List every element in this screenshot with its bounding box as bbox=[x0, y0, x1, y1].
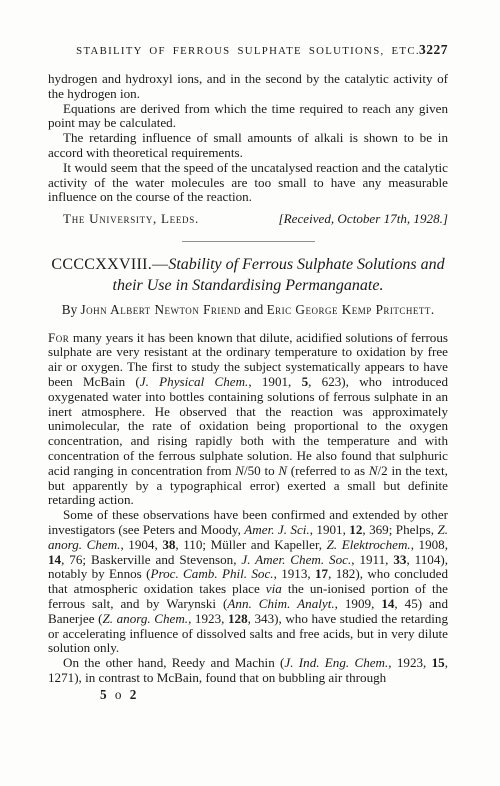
text-run: N bbox=[278, 463, 287, 478]
paragraph: Some of these observations have been con… bbox=[48, 508, 448, 656]
article: CCCCXXVIII.—Stability of Ferrous Sulphat… bbox=[48, 255, 448, 686]
byline: By John Albert Newton Friend and Eric Ge… bbox=[48, 302, 448, 319]
text-run: 17 bbox=[315, 566, 328, 581]
affiliation: The University, Leeds. bbox=[63, 211, 199, 226]
text-run: , 1909, bbox=[335, 596, 382, 611]
text-run: 33 bbox=[393, 552, 406, 567]
printers-signature: 5 o 2 bbox=[100, 687, 448, 702]
paragraph: It would seem that the speed of the unca… bbox=[48, 161, 448, 205]
text-run: N bbox=[369, 463, 378, 478]
paragraph: For many years it has been known that di… bbox=[48, 331, 448, 509]
text-run: 38 bbox=[162, 537, 175, 552]
article-title: CCCCXXVIII.—Stability of Ferrous Sulphat… bbox=[50, 255, 446, 296]
text-run: , 1908, bbox=[411, 537, 448, 552]
paragraph: On the other hand, Reedy and Machin (J. … bbox=[48, 656, 448, 686]
text-run: 2 bbox=[130, 687, 138, 702]
text-run: Amer. J. Sci. bbox=[244, 522, 309, 537]
signature-line: The University, Leeds. [Received, Octobe… bbox=[48, 211, 448, 226]
text-run: /50 to bbox=[244, 463, 278, 478]
text-run: , 110; Müller and Kapeller, bbox=[175, 537, 326, 552]
text-run: J. Physical Chem. bbox=[140, 374, 249, 389]
paragraph: The retarding influence of small amounts… bbox=[48, 131, 448, 161]
text-run: via bbox=[266, 581, 282, 596]
journal-page: STABILITY OF FERROUS SULPHATE SOLUTIONS,… bbox=[0, 0, 500, 786]
text-run: 128 bbox=[228, 611, 248, 626]
text-run: 5 bbox=[100, 687, 108, 702]
text-run: Z. Elektrochem. bbox=[327, 537, 411, 552]
text-run: Eric George Kemp Pritchett bbox=[267, 302, 431, 317]
text-run: 15 bbox=[432, 655, 445, 670]
text-run: , 1904, bbox=[120, 537, 162, 552]
text-run: For bbox=[48, 330, 69, 345]
text-run: 12 bbox=[349, 522, 362, 537]
text-run: , 1923, bbox=[188, 611, 228, 626]
text-run: 14 bbox=[48, 552, 61, 567]
text-run: , 1911, bbox=[351, 552, 393, 567]
text-run: Ann. Chim. Analyt. bbox=[227, 596, 334, 611]
text-run: 14 bbox=[381, 596, 394, 611]
page-header: STABILITY OF FERROUS SULPHATE SOLUTIONS,… bbox=[48, 45, 448, 58]
text-run: By bbox=[62, 302, 81, 317]
text-run: o bbox=[108, 687, 130, 702]
text-run: hydrogen and hydroxyl ions, and in the s… bbox=[48, 71, 448, 101]
previous-article-end: hydrogen and hydroxyl ions, and in the s… bbox=[48, 72, 448, 226]
received-date: [Received, October 17th, 1928.] bbox=[279, 211, 448, 226]
text-run: , 1901, bbox=[248, 374, 301, 389]
running-title: STABILITY OF FERROUS SULPHATE SOLUTIONS,… bbox=[76, 45, 420, 57]
text-run: On the other hand, Reedy and Machin ( bbox=[63, 655, 284, 670]
text-run: N bbox=[235, 463, 244, 478]
text-run: , 1913, bbox=[274, 566, 315, 581]
text-run: , 1923, bbox=[388, 655, 431, 670]
text-run: . bbox=[431, 302, 434, 317]
page-number: 3227 bbox=[419, 43, 448, 56]
article-number: CCCCXXVIII.— bbox=[51, 256, 168, 273]
text-run: J. Ind. Eng. Chem. bbox=[284, 655, 388, 670]
text-run: (referred to as bbox=[287, 463, 369, 478]
text-run: Z. anorg. Chem. bbox=[102, 611, 188, 626]
section-divider bbox=[182, 241, 315, 242]
text-run: Equations are derived from which the tim… bbox=[48, 101, 448, 131]
text-run: John Albert Newton Friend bbox=[80, 302, 240, 317]
text-run: and bbox=[241, 302, 267, 317]
paragraph: Equations are derived from which the tim… bbox=[48, 102, 448, 132]
text-run: , 76; Baskerville and Stevenson, bbox=[61, 552, 241, 567]
text-run: , 1901, bbox=[310, 522, 350, 537]
text-run: , 369; Phelps, bbox=[362, 522, 437, 537]
text-run: It would seem that the speed of the unca… bbox=[48, 160, 448, 205]
paragraph: hydrogen and hydroxyl ions, and in the s… bbox=[48, 72, 448, 102]
text-run: Proc. Camb. Phil. Soc. bbox=[150, 566, 273, 581]
text-run: The retarding influence of small amounts… bbox=[48, 130, 448, 160]
text-run: J. Amer. Chem. Soc. bbox=[241, 552, 351, 567]
